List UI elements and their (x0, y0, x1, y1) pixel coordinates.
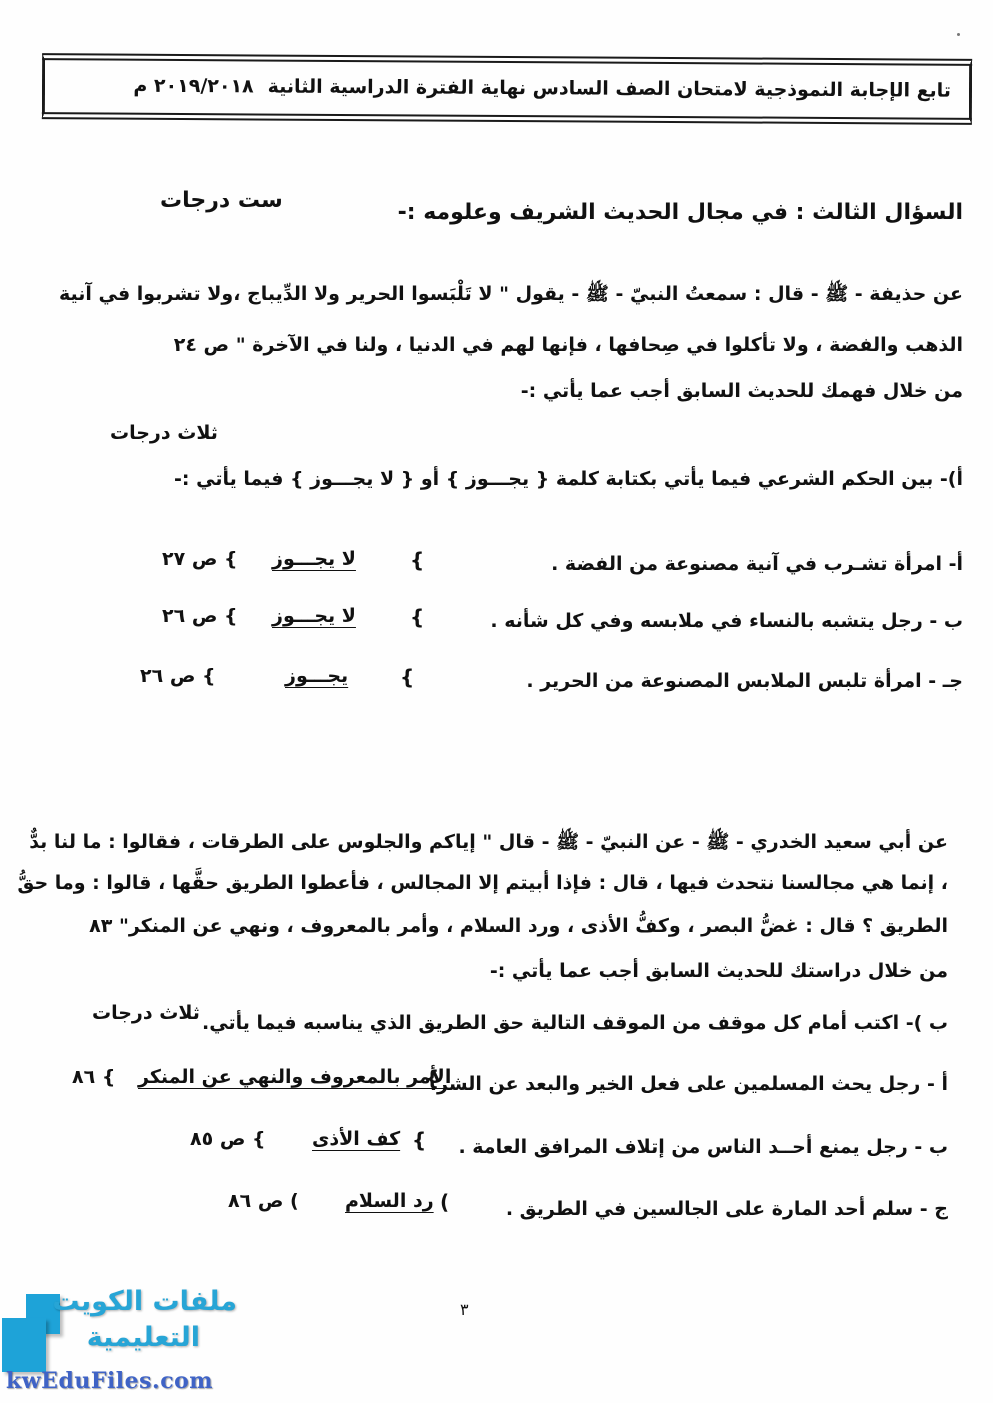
hadith2-instruction: من خلال دراستك للحديث السابق أجب عما يأت… (490, 960, 948, 982)
part-a-item-ref: } ص ٢٧ (162, 548, 238, 570)
question-marks: ست درجات (160, 188, 283, 213)
part-b-prompt: ب )- اكتب أمام كل موقف من الموقف التالية… (202, 1012, 948, 1034)
hadith1-line1: عن حذيفة - ﷺ - قال : سمعتُ النبيّ - ﷺ - … (59, 282, 963, 310)
open-brace: { (410, 548, 424, 572)
logo-arabic-line1: ملفات الكويت (52, 1286, 237, 1317)
hadith2-line1: عن أبي سعيد الخدري - ﷺ - عن النبيّ - ﷺ -… (29, 830, 948, 858)
part-b-item-label: أ - رجل يحث المسلمين على فعل الخير والبع… (430, 1073, 948, 1095)
part-b-item-ref: } ص ٨٥ (190, 1128, 266, 1150)
part-b-item-answer: الأمر بالمعروف والنهي عن المنكر (138, 1066, 451, 1088)
part-b-item-ref: ) ص ٨٦ (228, 1190, 299, 1212)
part-a-item-label: ب - رجل يتشبه بالنساء في ملابسه وفي كل ش… (490, 610, 963, 632)
part-a-marks: ثلاث درجات (110, 422, 218, 444)
part-a-item-ref: } ص ٢٦ (140, 665, 216, 687)
header-year: ٢٠١٩/٢٠١٨ م (133, 75, 253, 98)
part-a-prompt: أ)- بين الحكم الشرعي فيما يأتي بكتابة كل… (174, 468, 963, 490)
header-title: تابع الإجابة النموذجية لامتحان الصف السا… (268, 76, 951, 102)
part-b-item-answer: كف الأذى (312, 1128, 400, 1150)
part-b-item-label: ج - سلم أحد المارة على الجالسين في الطري… (506, 1198, 948, 1220)
part-b-item-answer: رد السلام (345, 1190, 434, 1212)
exam-answer-page: تابع الإجابة النموذجية لامتحان الصف السا… (0, 0, 993, 1403)
header-box: تابع الإجابة النموذجية لامتحان الصف السا… (42, 53, 972, 125)
open-brace: { (412, 1128, 426, 1152)
hadith2-line2: ، إنما هي مجالسنا نتحدث فيها ، قال : فإذ… (17, 872, 948, 894)
part-a-item-answer: لا يجـــوز (272, 605, 356, 627)
open-brace: { (410, 605, 424, 629)
logo-block-icon (2, 1318, 46, 1372)
kwedufiles-logo: ملفات الكويت التعليمية kwEduFiles.com (0, 1282, 245, 1397)
part-a-item-answer: يجـــوز (285, 665, 348, 687)
hadith1-line2: الذهب والفضة ، ولا تأكلوا في صِحافها ، ف… (174, 334, 963, 356)
page-number: ٣ (460, 1300, 469, 1319)
hadith1-instruction: من خلال فهمك للحديث السابق أجب عما يأتي … (521, 380, 963, 402)
part-a-item-ref: } ص ٢٦ (162, 605, 238, 627)
part-b-marks: ثلاث درجات (92, 1002, 200, 1024)
logo-english: kwEduFiles.com (6, 1368, 213, 1394)
logo-arabic-line2: التعليمية (87, 1322, 200, 1353)
open-paren: ( (440, 1190, 449, 1214)
question-title: السؤال الثالث : في مجال الحديث الشريف وع… (398, 200, 963, 225)
part-a-item-label: جـ - امرأة تلبس الملابس المصنوعة من الحر… (526, 670, 963, 692)
part-b-item-label: ب - رجل يمنع أحــد الناس من إتلاف المراف… (458, 1136, 948, 1158)
hadith2-line3: الطريق ؟ قال : غضُّ البصر ، وكفُّ الأذى … (89, 915, 948, 937)
scan-speck (957, 33, 960, 36)
part-a-item-answer: لا يجـــوز (272, 548, 356, 570)
part-b-item-ref: } ٨٦ (72, 1066, 115, 1088)
header-title-line: تابع الإجابة النموذجية لامتحان الصف السا… (133, 75, 951, 102)
part-a-item-label: أ- امرأة تشـرب في آنية مصنوعة من الفضة . (551, 553, 963, 575)
open-brace: { (400, 665, 414, 689)
